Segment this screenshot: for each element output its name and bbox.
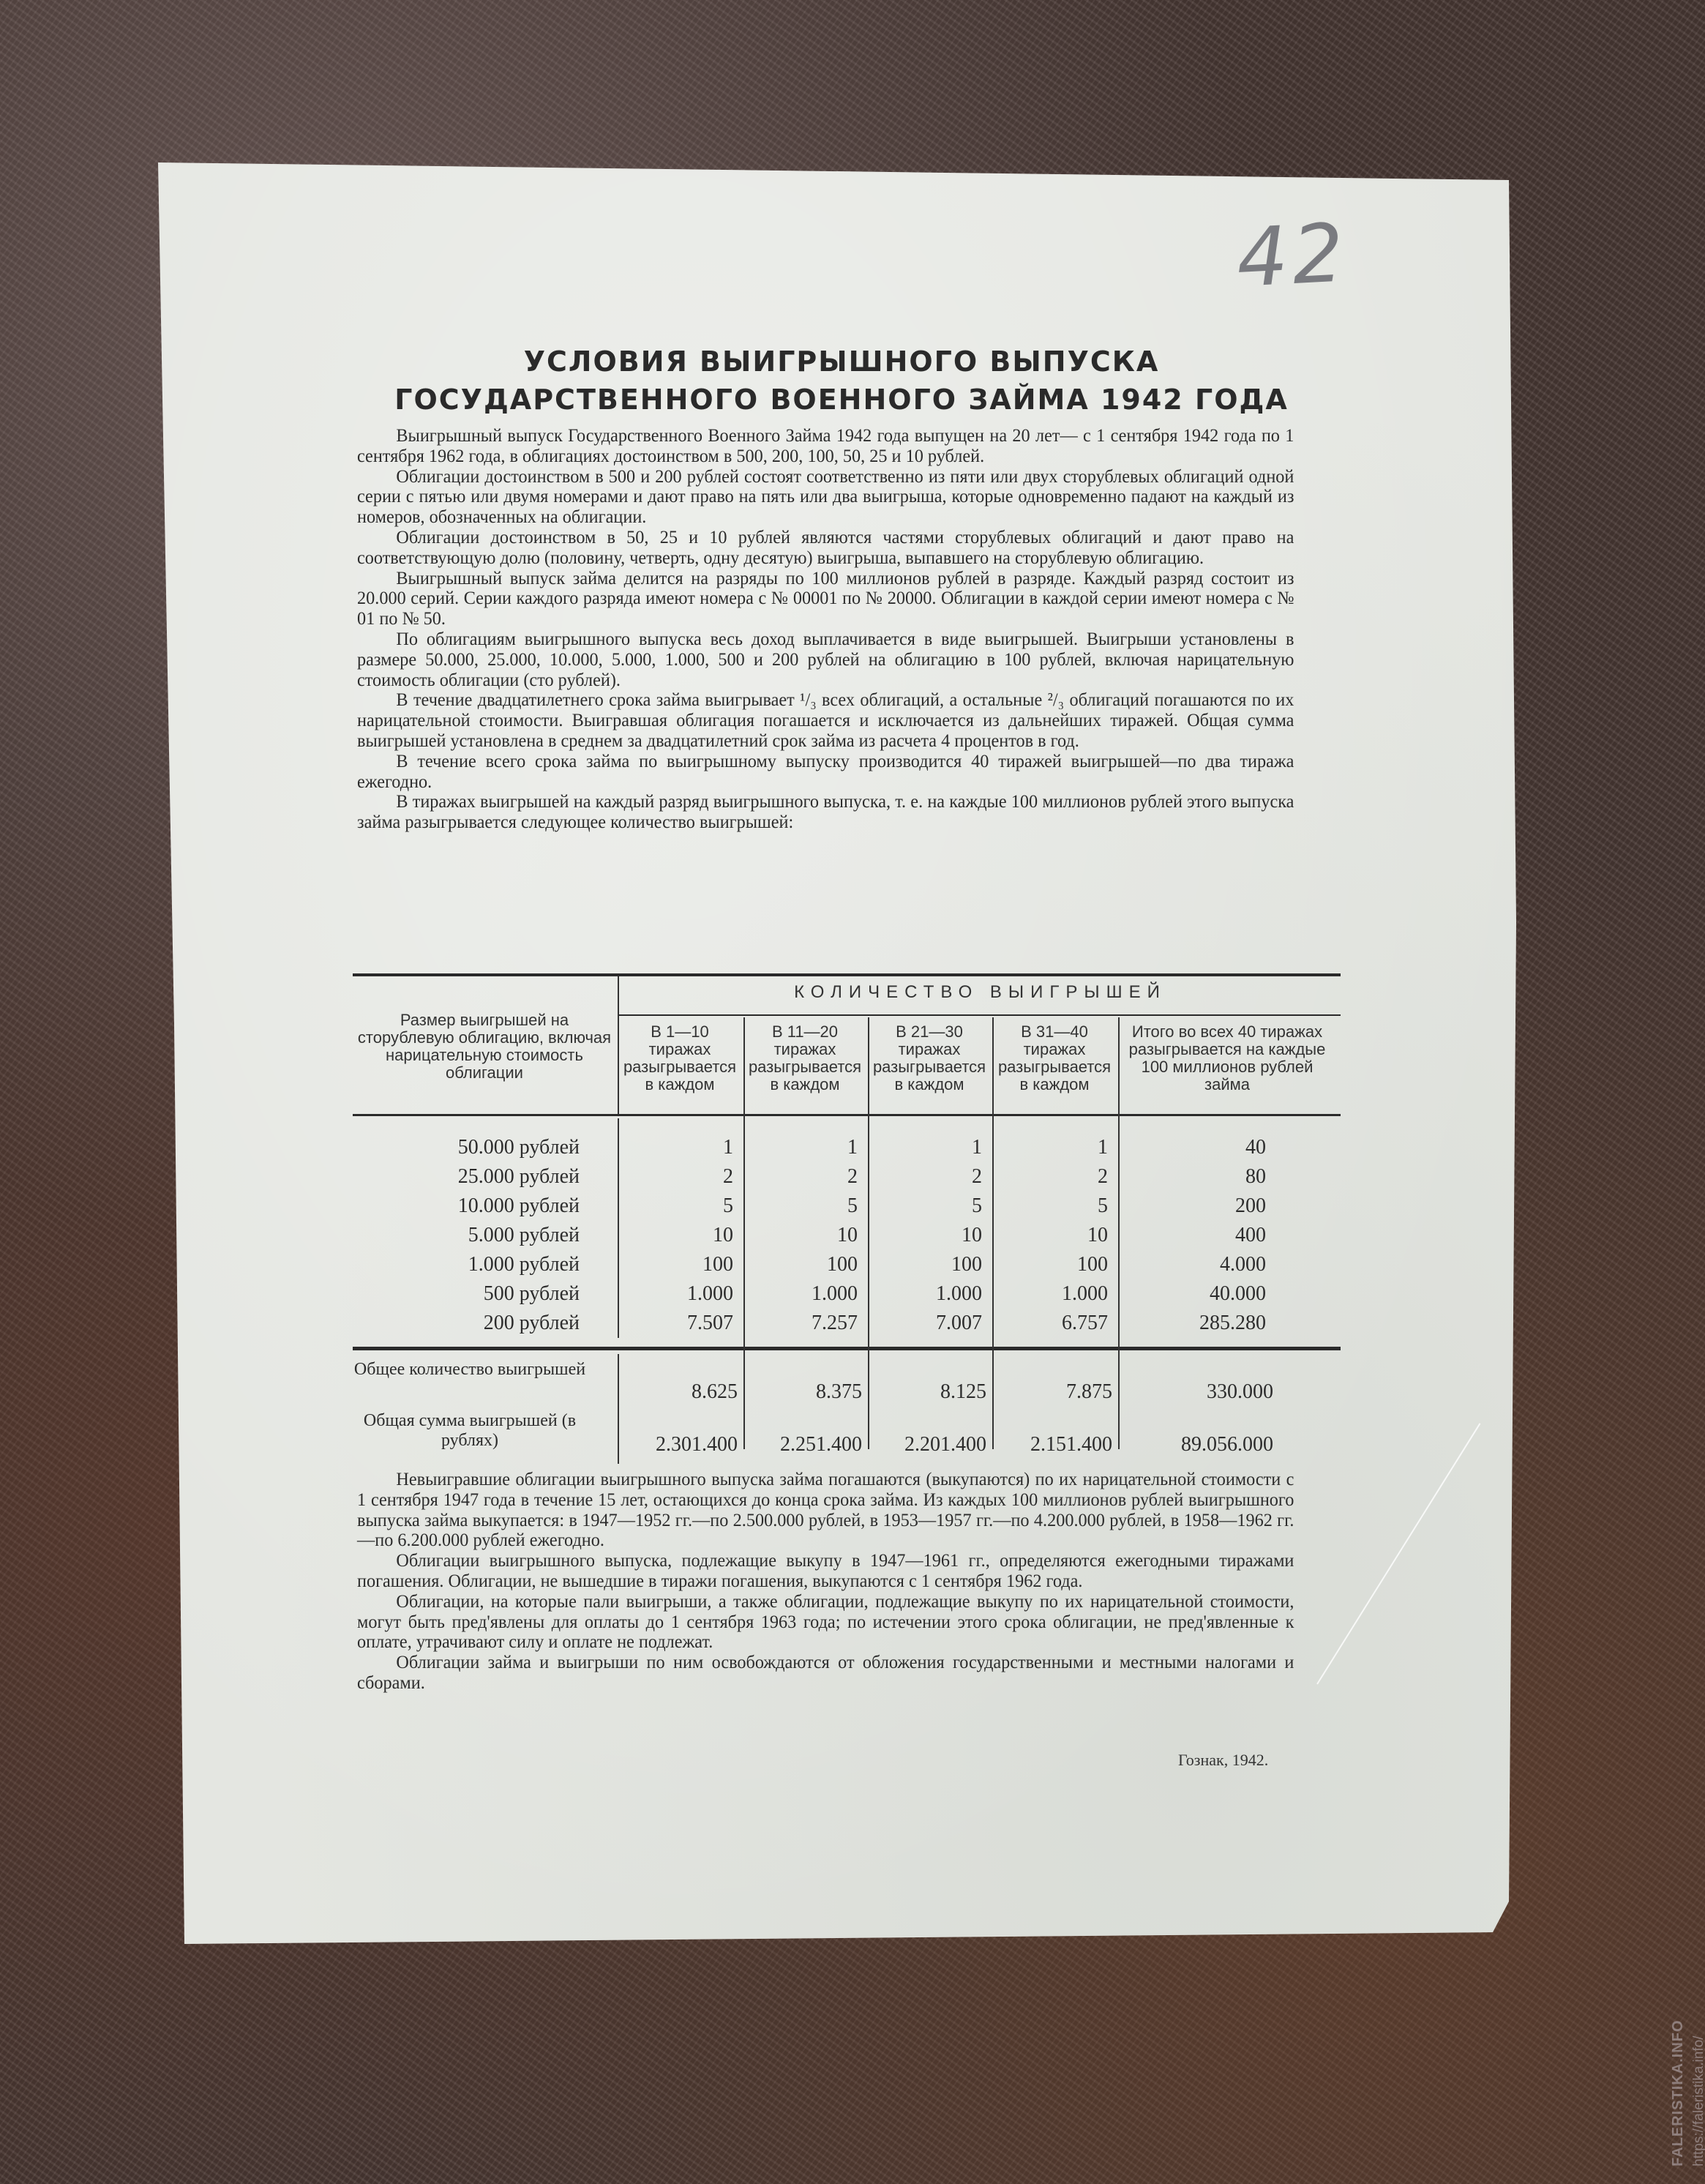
watermark-brand: FALERISTIKA.INFO [1670,2020,1687,2166]
paragraph: В течение двадцатилетнего срока займа вы… [357,690,1294,751]
table-cell: 1.000 [869,1282,982,1306]
table-cell: 100 [619,1253,733,1276]
table-cell: 5 [619,1194,733,1218]
table-cell: 1 [619,1136,733,1159]
table-cell: 6.757 [994,1312,1108,1335]
closing-text: Невыигравшие облигации выигрышного выпус… [357,1470,1294,1694]
paragraph: Облигации достоинством в 500 и 200 рубле… [357,467,1294,528]
column-header: В 11—20 тиражах разыгрывается в каждом [745,1023,865,1111]
table-cell: 5 [869,1194,982,1218]
table-cell: 10 [745,1224,858,1247]
totals-cell: 2.201.400 [869,1433,986,1456]
table-cell: 100 [869,1253,982,1276]
table-cell: 1.000 [994,1282,1108,1306]
winnings-table: Размер выигрышей на сторублевую облигаци… [353,973,1341,1471]
totals-cell: 8.625 [619,1380,738,1404]
table-cell: 10 [619,1224,733,1247]
table-cell: 4.000 [1120,1253,1266,1276]
paragraph: Облигации, на которые пали выигрыши, а т… [357,1592,1294,1653]
table-cell: 40 [1120,1136,1266,1159]
table-cell: 5 [994,1194,1108,1218]
handwritten-number: 42 [1234,206,1350,305]
table-cell: 2 [869,1165,982,1189]
totals-label: Общее количество выигрышей [353,1360,587,1380]
totals-cell: 2.151.400 [994,1433,1112,1456]
row-label: 500 рублей [353,1282,580,1306]
table-cell: 10 [869,1224,982,1247]
watermark: FALERISTIKA.INFO https://faleristika.inf… [1670,2020,1705,2166]
intro-text: Выигрышный выпуск Государственного Военн… [357,426,1294,833]
table-cell: 1 [994,1136,1108,1159]
totals-cell: 8.125 [869,1380,986,1404]
column-header: В 1—10 тиражах разыгрывается в каждом [619,1023,741,1111]
table-cell: 2 [619,1165,733,1189]
paragraph: В течение всего срока займа по выигрышно… [357,752,1294,793]
totals-cell: 7.875 [994,1380,1112,1404]
row-header: Размер выигрышей на сторублевую облигаци… [353,981,616,1112]
paragraph: Выигрышный выпуск займа делится на разря… [357,569,1294,629]
column-header: В 31—40 тиражах разыгрывается в каждом [994,1023,1115,1111]
table-cell: 2 [745,1165,858,1189]
totals-label: Общая сумма выигрышей (в рублях) [353,1411,587,1451]
table-cell: 80 [1120,1165,1266,1189]
totals-cell: 2.301.400 [619,1433,738,1456]
table-cell: 400 [1120,1224,1266,1247]
totals-cell: 89.056.000 [1120,1433,1273,1456]
table-cell: 40.000 [1120,1282,1266,1306]
group-header: КОЛИЧЕСТВО ВЫИГРЫШЕЙ [620,982,1341,1003]
totals-cell: 330.000 [1120,1380,1273,1404]
table-cell: 7.507 [619,1312,733,1335]
totals-cell: 2.251.400 [745,1433,862,1456]
document-title-line-1: УСЛОВИЯ ВЫИГРЫШНОГО ВЫПУСКА [351,345,1332,378]
printer-imprint: Гознак, 1942. [1178,1751,1268,1770]
totals-cell: 8.375 [745,1380,862,1404]
document-content: 42 УСЛОВИЯ ВЫИГРЫШНОГО ВЫПУСКА ГОСУДАРСТ… [0,0,1705,2184]
table-cell: 10 [994,1224,1108,1247]
document-title-line-2: ГОСУДАРСТВЕННОГО ВОЕННОГО ЗАЙМА 1942 ГОД… [351,384,1332,416]
table-cell: 7.007 [869,1312,982,1335]
table-cell: 100 [994,1253,1108,1276]
totals-rule [353,1347,1341,1350]
table-cell: 1 [745,1136,858,1159]
group-header-rule [619,1014,1341,1016]
table-cell: 2 [994,1165,1108,1189]
paragraph: В тиражах выигрышей на каждый разряд выи… [357,792,1294,833]
paragraph: Облигации займа и выигрыши по ним освобо… [357,1653,1294,1694]
column-header: В 21—30 тиражах разыгрывается в каждом [869,1023,989,1111]
row-label: 200 рублей [353,1312,580,1335]
table-cell: 7.257 [745,1312,858,1335]
watermark-url: https://faleristika.info/ [1691,2020,1705,2166]
paragraph: По облигациям выигрышного выпуска весь д… [357,629,1294,690]
table-cell: 285.280 [1120,1312,1266,1335]
paragraph: Облигации достоинством в 50, 25 и 10 руб… [357,528,1294,569]
table-cell: 1 [869,1136,982,1159]
row-label: 1.000 рублей [353,1253,580,1276]
table-cell: 1.000 [745,1282,858,1306]
table-cell: 100 [745,1253,858,1276]
row-label: 50.000 рублей [353,1136,580,1159]
row-label: 10.000 рублей [353,1194,580,1218]
paragraph: Невыигравшие облигации выигрышного выпус… [357,1470,1294,1551]
column-header: Итого во всех 40 тиражах разыгрывается н… [1120,1023,1335,1111]
table-cell: 1.000 [619,1282,733,1306]
row-label: 5.000 рублей [353,1224,580,1247]
paragraph: Облигации выигрышного выпуска, подлежащи… [357,1551,1294,1592]
table-cell: 5 [745,1194,858,1218]
table-top-rule [353,973,1341,976]
paragraph: Выигрышный выпуск Государственного Военн… [357,426,1294,467]
table-cell: 200 [1120,1194,1266,1218]
header-bottom-rule [353,1114,1341,1116]
row-label: 25.000 рублей [353,1165,580,1189]
